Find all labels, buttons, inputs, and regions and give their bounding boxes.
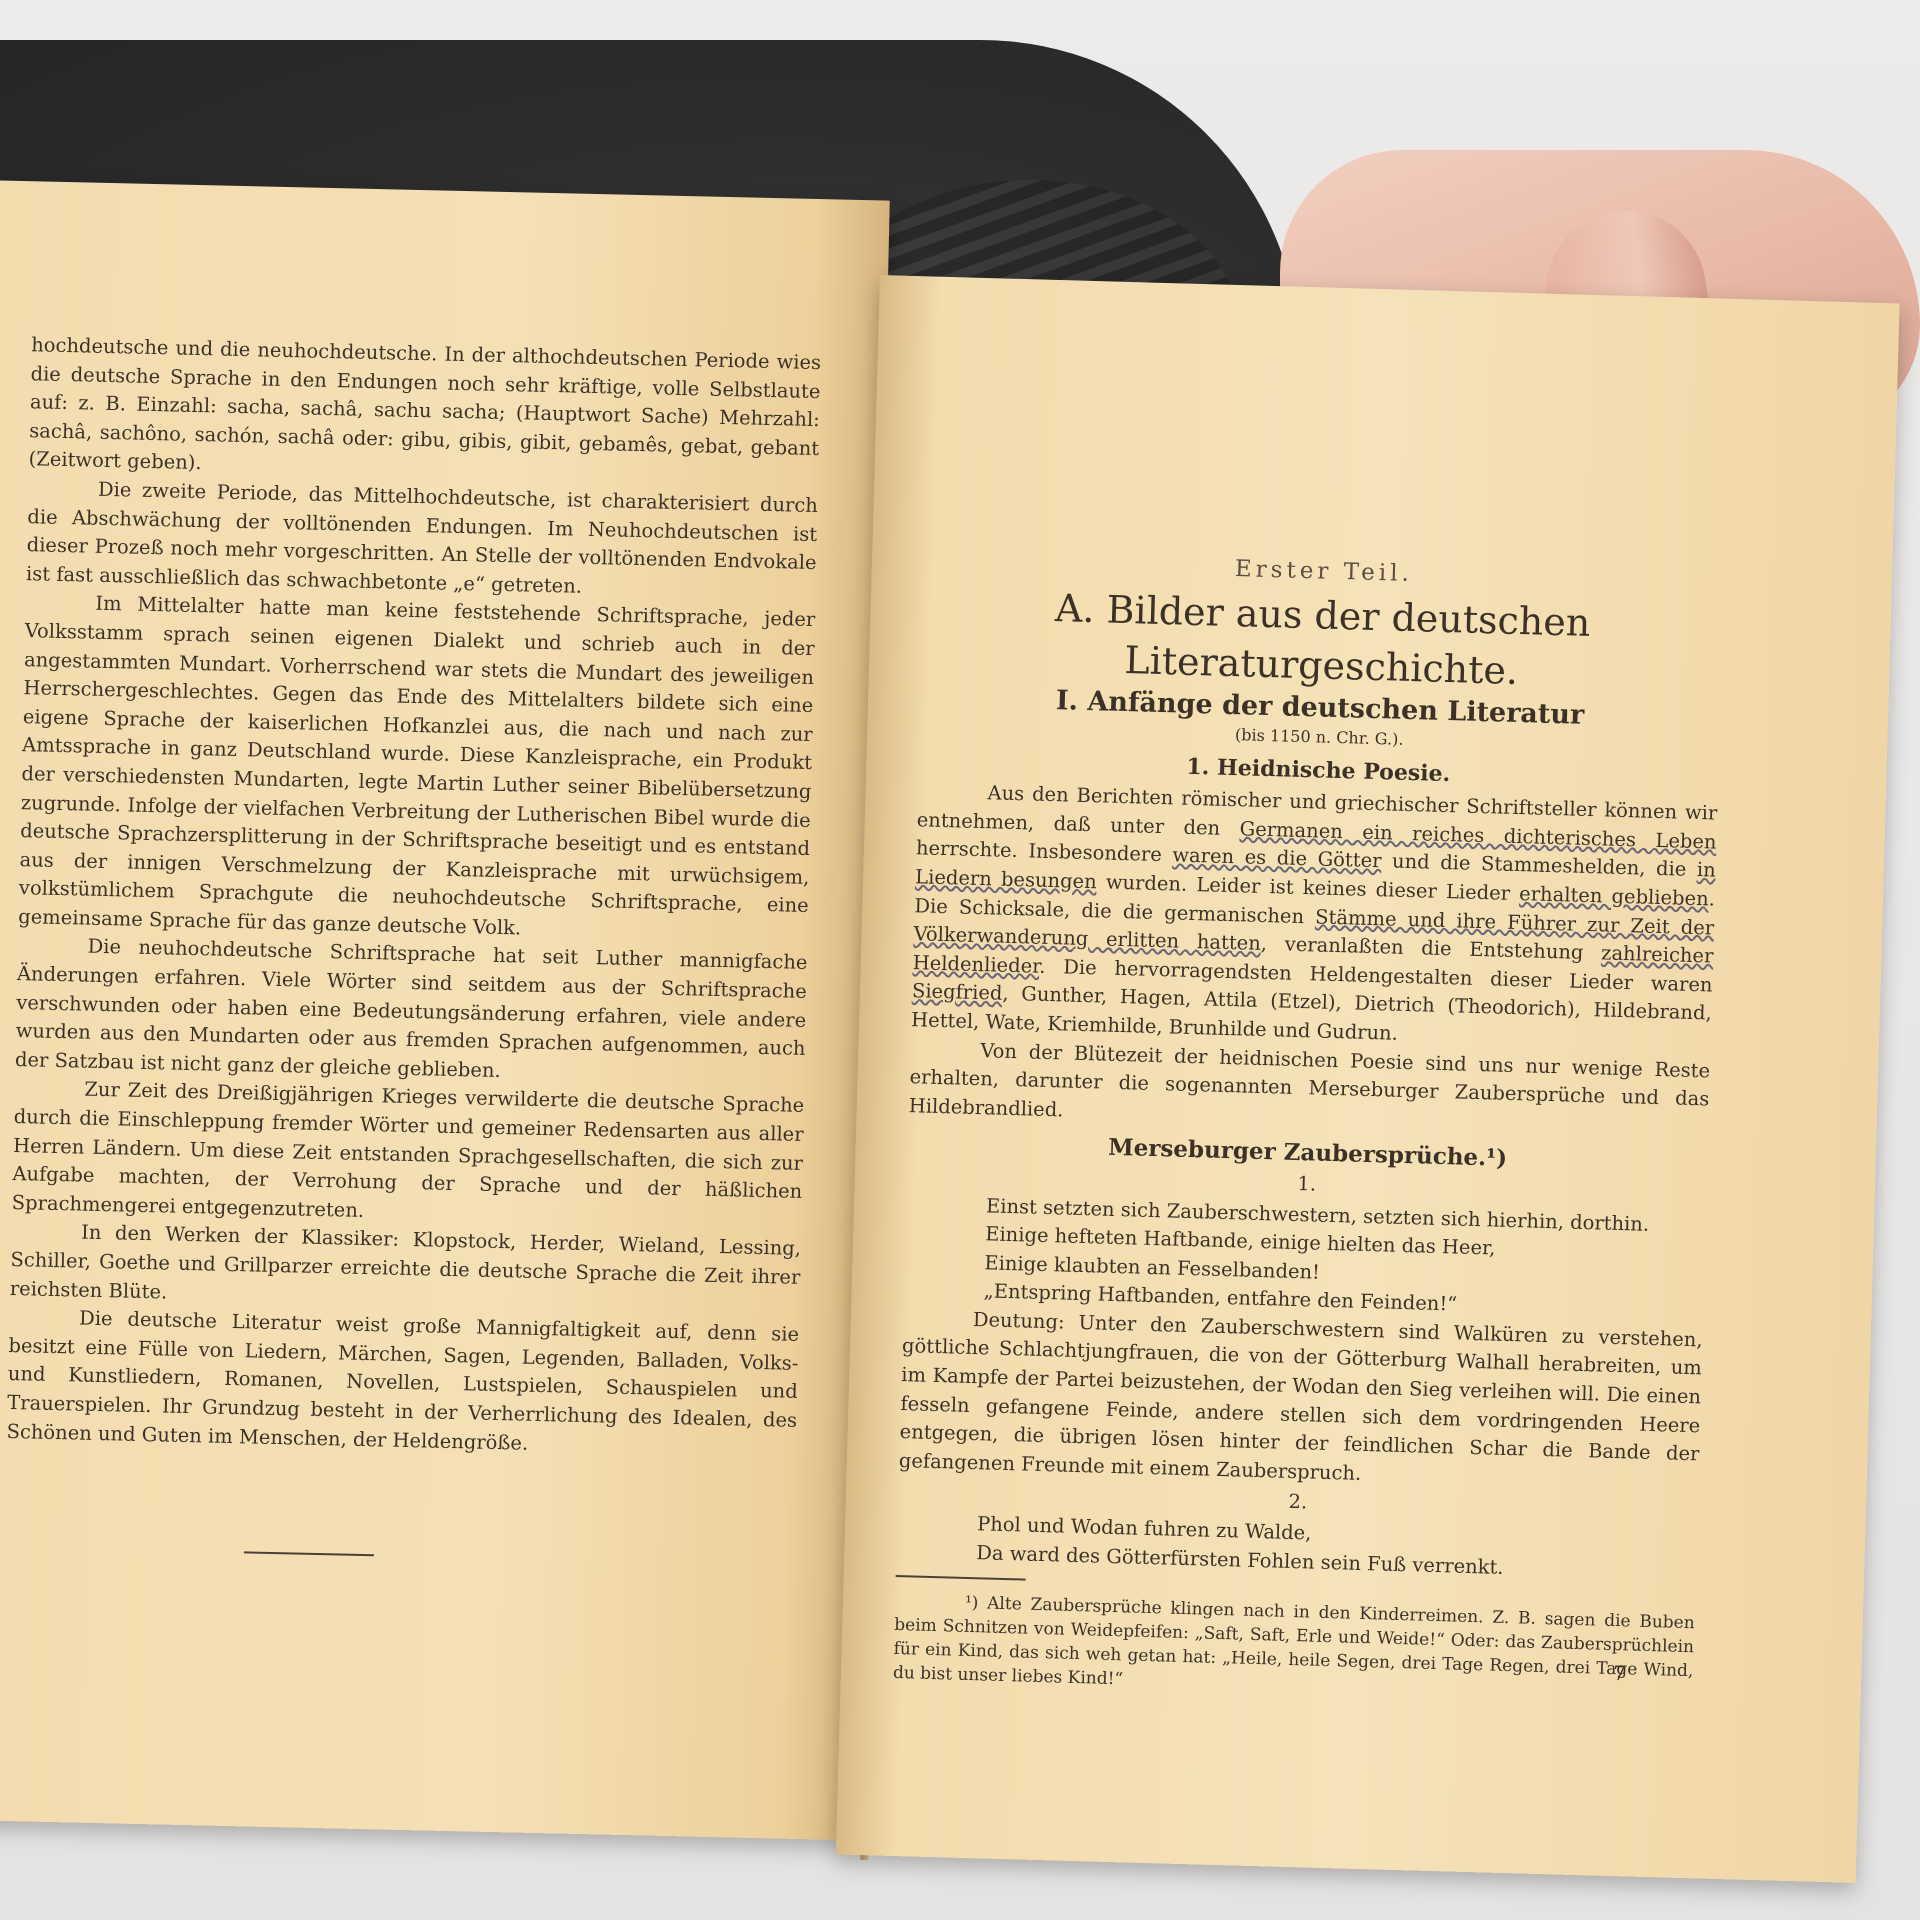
left-paragraph: Die zweite Periode, das Mittelhochdeutsc… [26,474,818,606]
left-paragraph: hochdeutsche und die neuhochdeutsche. In… [28,331,821,492]
left-paragraph: Zur Zeit des Dreißigjährigen Krieges ver… [11,1074,804,1235]
left-paragraph: Im Mittelalter hatte man keine feststehe… [18,588,816,949]
pencil-underline: erhalten geblieben [1519,882,1709,910]
page-number: 7 [1613,1661,1626,1685]
text-span: und die Stammeshelden, die [1381,850,1697,882]
right-book-page: Erster Teil. A. Bilder aus der deutschen… [836,275,1900,1883]
pencil-underline: waren es die Götter [1172,844,1382,873]
right-page-text: Erster Teil. A. Bilder aus der deutschen… [893,546,1724,1707]
intro-paragraph: Aus den Berichten römischer und griechis… [911,777,1718,1057]
left-paragraph: Die deutsche Literatur weist große Manni… [6,1303,799,1464]
end-rule [244,1551,374,1556]
footnote: ¹) Alte Zaubersprüche klingen nach in de… [893,1589,1695,1707]
left-paragraph: Die neuhochdeutsche Schriftsprache hat s… [15,932,808,1093]
footnote-rule [896,1575,1026,1581]
interpretation-paragraph: Deutung: Unter den Zauberschwestern sind… [898,1304,1702,1498]
text-span: herrschte. Insbesondere [916,837,1173,867]
left-page-text: hochdeutsche und die neuhochdeutsche. In… [6,331,821,1464]
left-book-page: hochdeutsche und die neuhochdeutsche. In… [0,180,890,1840]
text-span: , veranlaßten die Entstehung [1261,932,1602,964]
pencil-underline: Siegfried [912,980,1003,1006]
